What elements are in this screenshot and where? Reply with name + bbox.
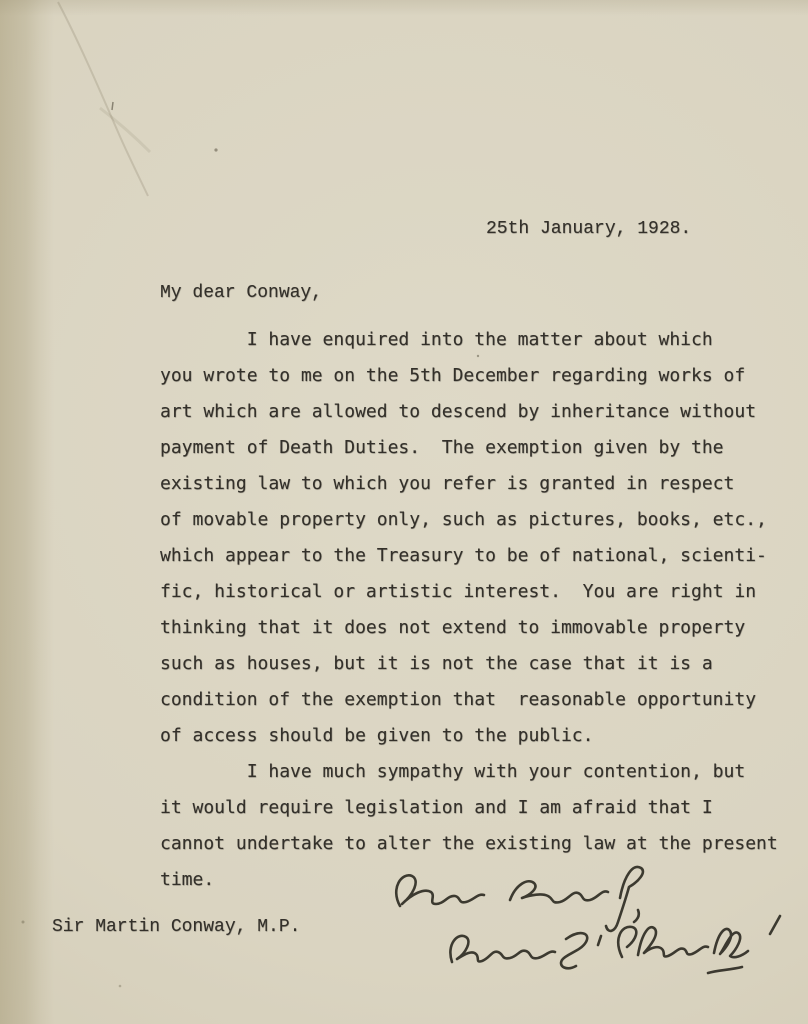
paper-crease-line-2	[100, 108, 150, 152]
paper-speck	[119, 985, 122, 988]
letter-date: 25th January, 1928.	[486, 219, 691, 239]
signature-name-script	[450, 916, 780, 973]
paper-speck	[22, 921, 25, 924]
letter-page: 25th January, 1928. My dear Conway, I ha…	[0, 0, 808, 1024]
addressee-line: Sir Martin Conway, M.P.	[52, 917, 300, 937]
letter-body: I have enquired into the matter about wh…	[160, 322, 778, 898]
signature-closing-script	[396, 867, 643, 931]
signature-block	[370, 838, 800, 1013]
paper-speck	[214, 148, 217, 151]
salutation: My dear Conway,	[160, 283, 322, 303]
paper-crease-line	[58, 2, 148, 196]
paper-speck	[112, 102, 113, 110]
